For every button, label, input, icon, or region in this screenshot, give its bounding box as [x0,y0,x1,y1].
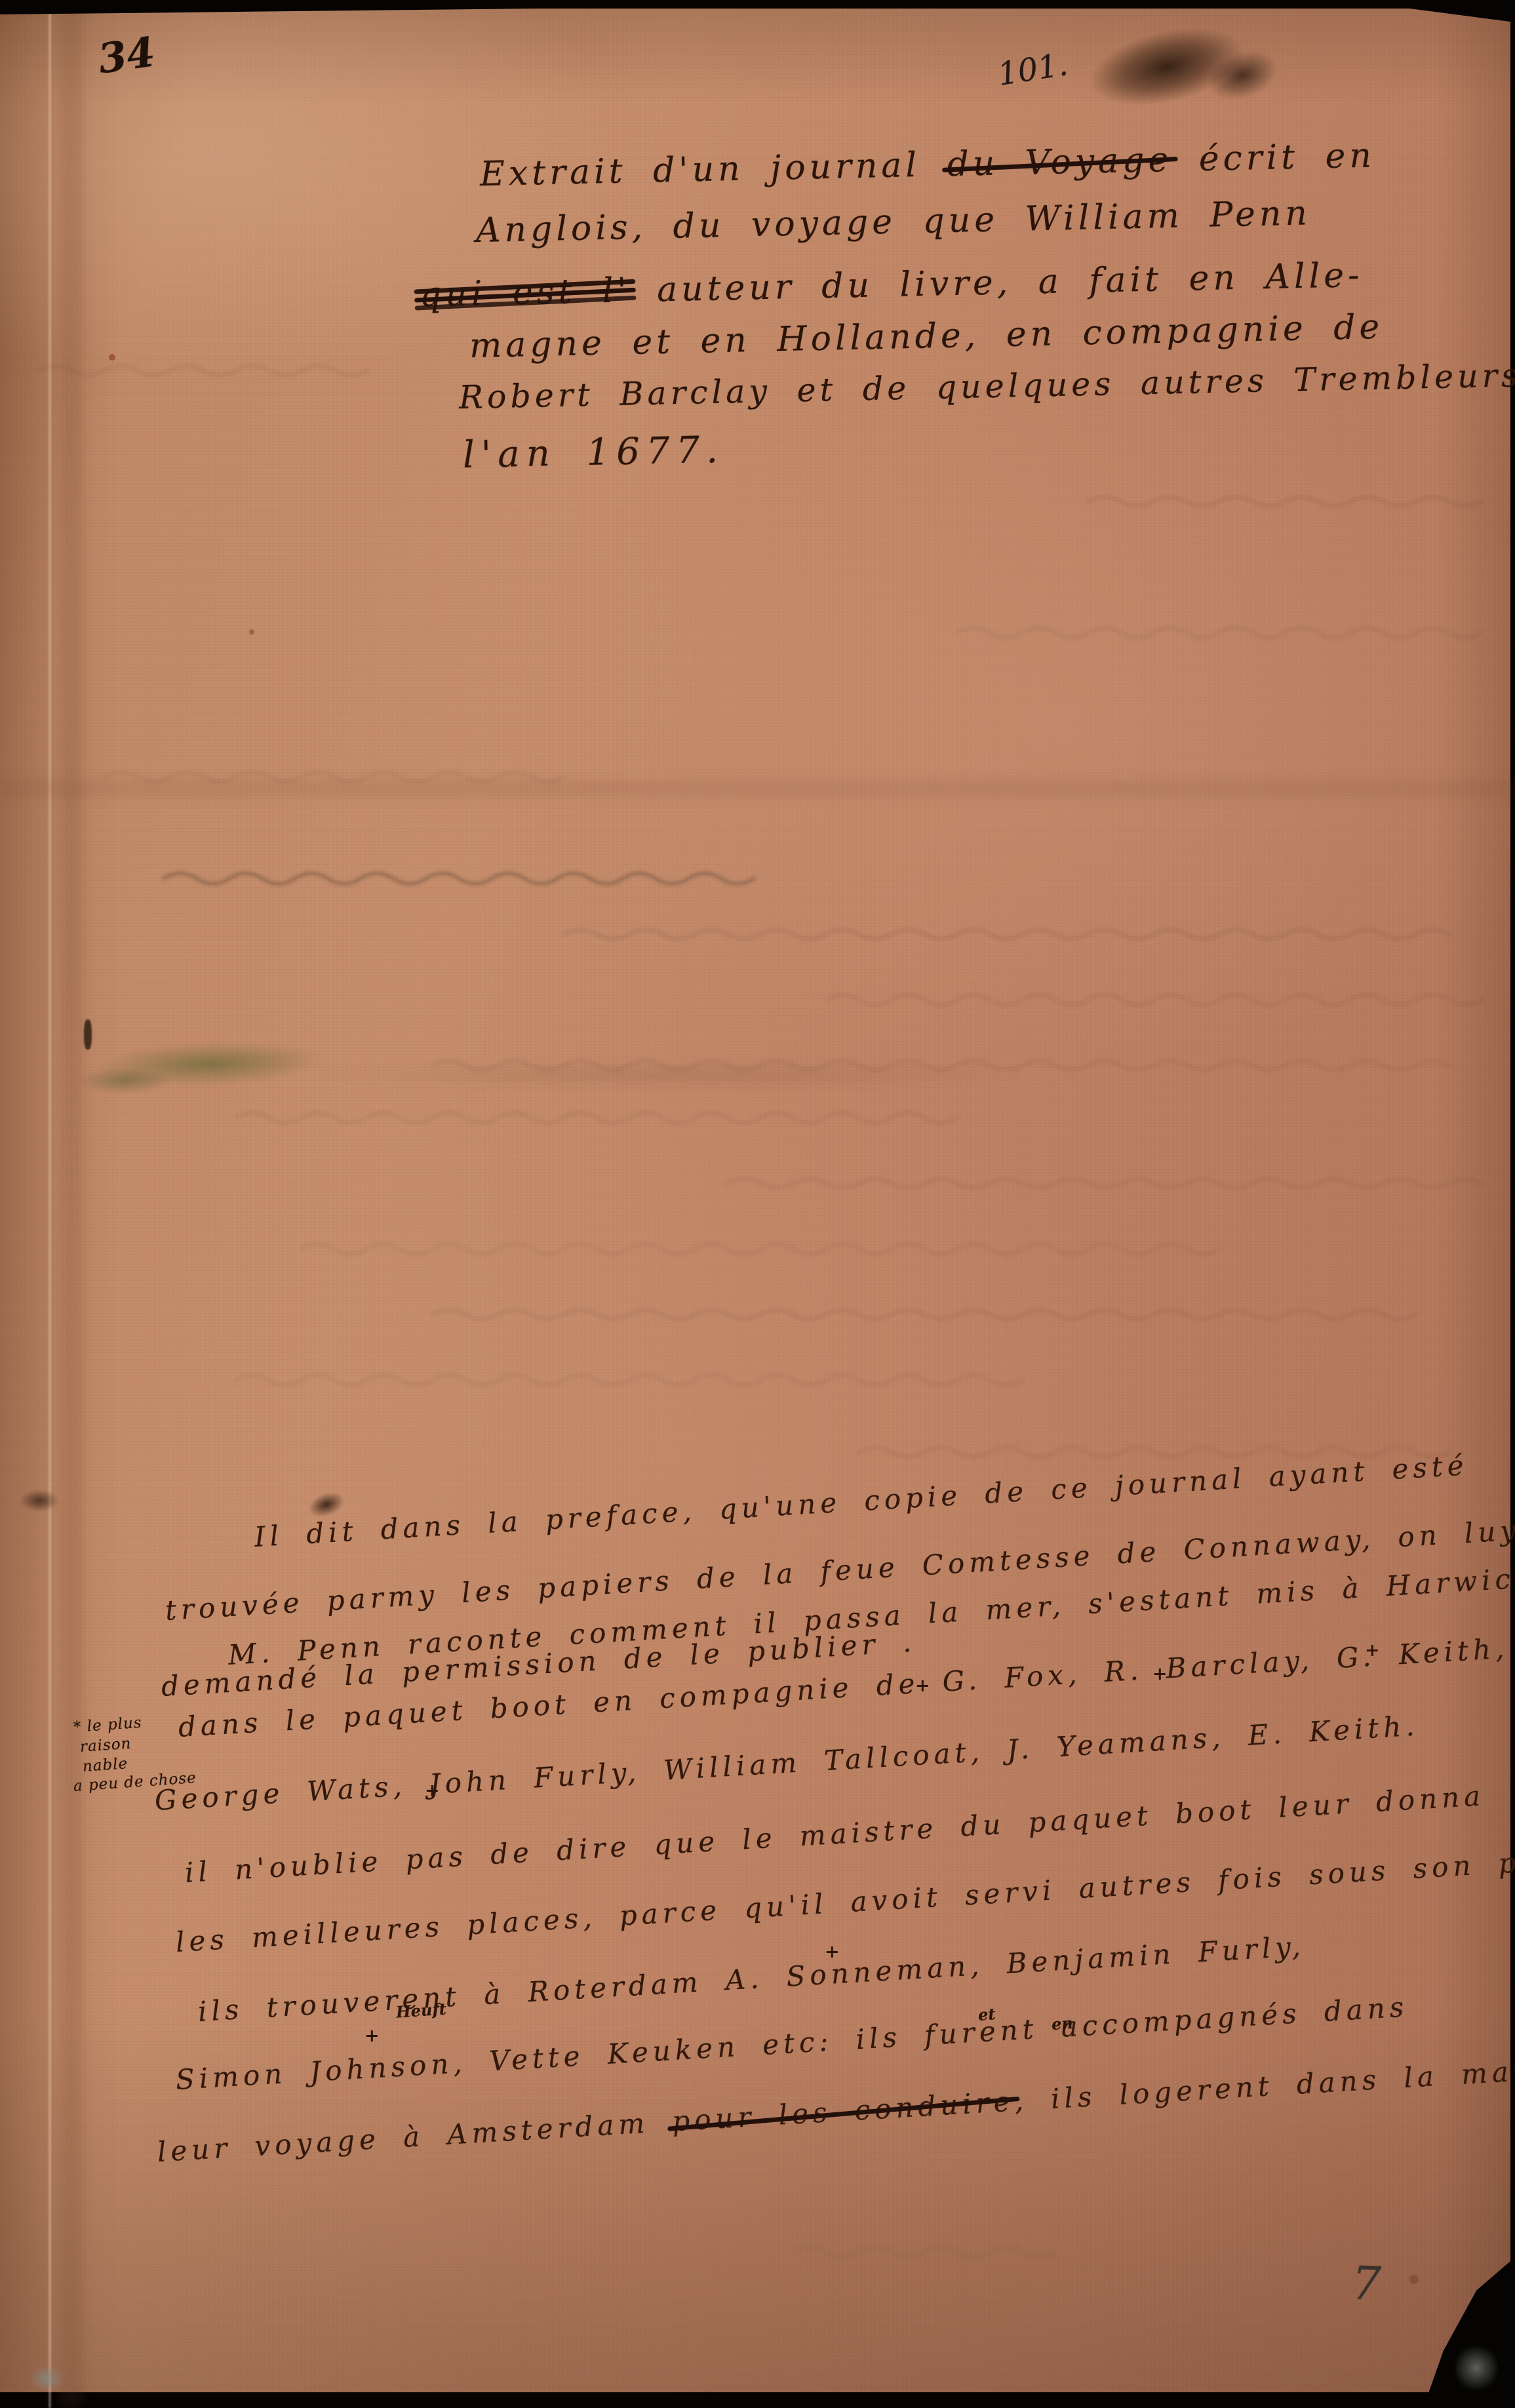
keuken-correction: Heuft [395,1999,447,2021]
folio-number-top-left: 34 [95,28,158,83]
plus-mark-vette: + [364,2026,380,2046]
manuscript-photo: 34 101. 7 Extrait d'un journal du Voyage… [0,0,1515,2408]
heading-line-1-post: écrit en [1172,136,1376,179]
plus-mark-fox: + [915,1676,930,1696]
plus-mark-barclay: + [1152,1664,1168,1684]
heading-line-1-struck: du Voyage [947,140,1173,184]
en-insertion: en [1051,2013,1074,2034]
plus-mark-sonneman: + [825,1942,840,1962]
heading-line-3-struck: qui est l' [419,271,631,315]
plus-mark-john: + [425,1781,440,1801]
folio-number-bottom-right: 7 [1351,2256,1382,2311]
plus-mark-keith: + [1365,1640,1380,1661]
et-insertion: et [977,2004,996,2024]
heading-line-6: l'an 1677. [462,429,724,477]
